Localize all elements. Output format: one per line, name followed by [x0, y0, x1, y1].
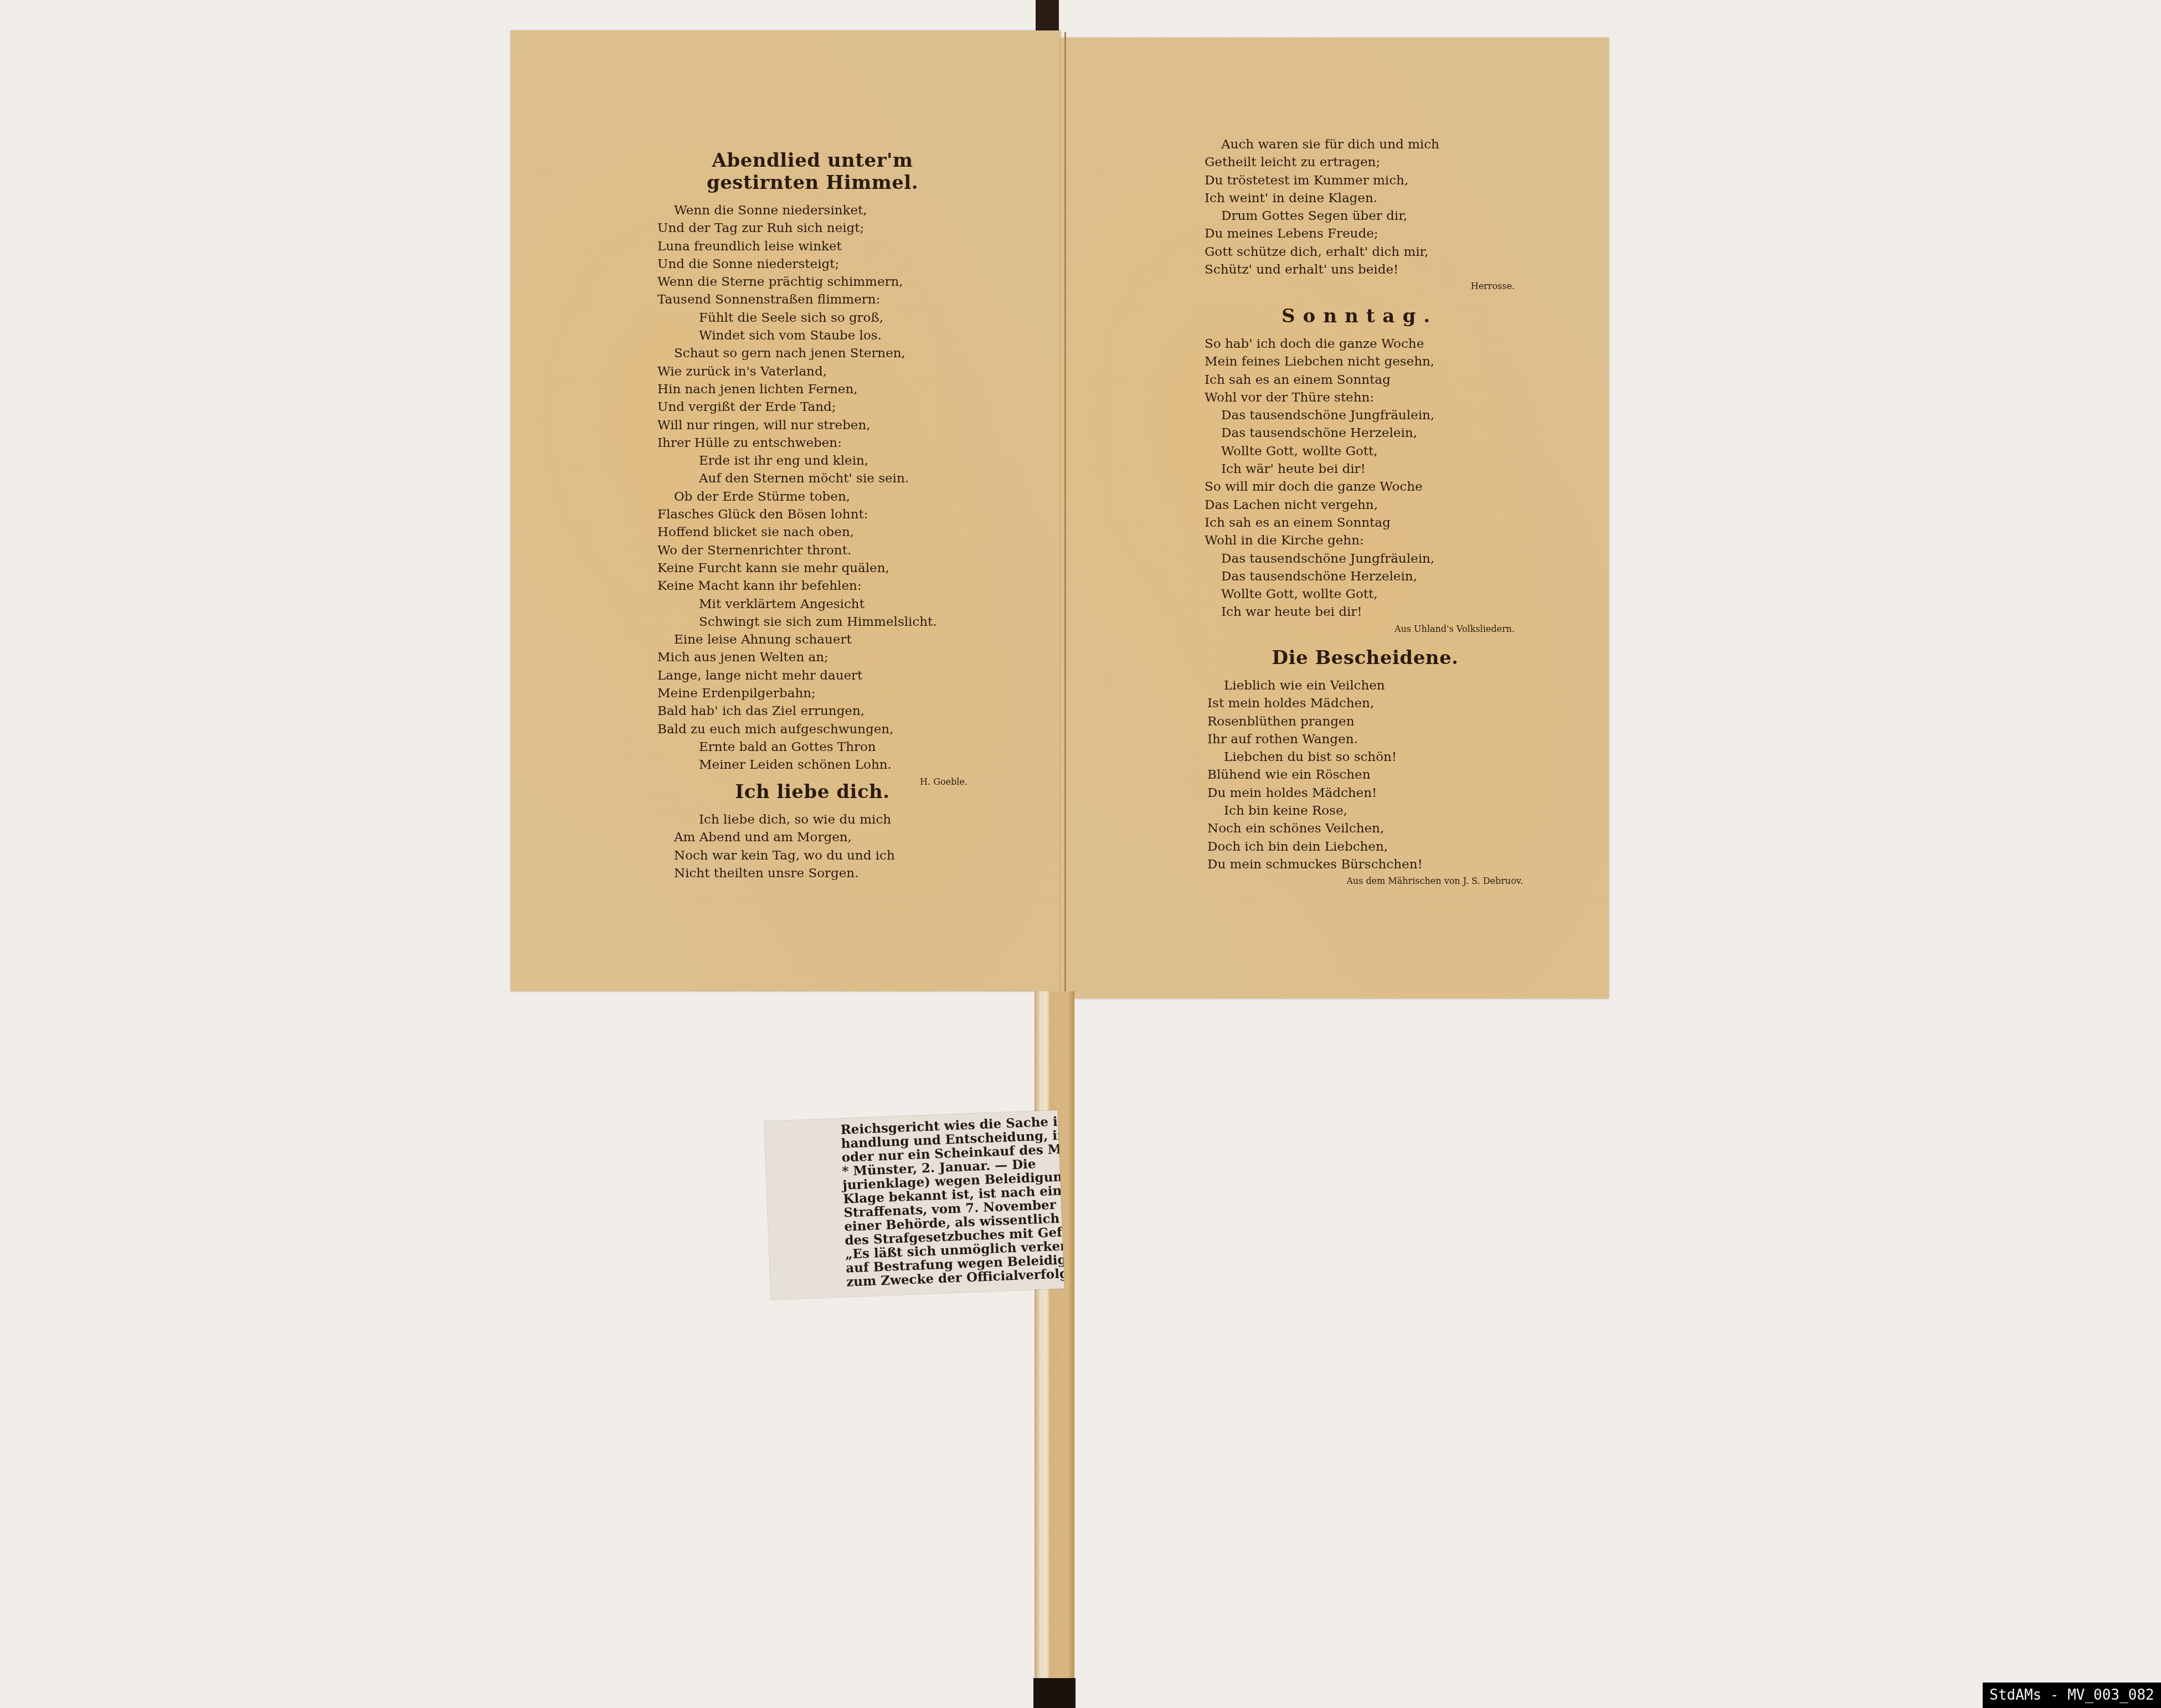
- poem-line: Nicht theilten unsre Sorgen.: [657, 865, 968, 882]
- right-page: Auch waren sie für dich und michGetheilt…: [1061, 38, 1609, 999]
- poem-line: Bald hab' ich das Ziel errungen,: [657, 702, 968, 720]
- poem-line: Lange, lange nicht mehr dauert: [657, 667, 968, 685]
- binding-spine-bottom: [1033, 1678, 1076, 1708]
- poem-line: Wohl in die Kirche gehn:: [1205, 532, 1515, 549]
- poem-lines: Auch waren sie für dich und michGetheilt…: [1205, 136, 1515, 279]
- poem-line: Will nur ringen, will nur streben,: [657, 416, 968, 434]
- poem-line: Keine Macht kann ihr befehlen:: [657, 577, 968, 595]
- poem-author: Herrosse.: [1205, 281, 1515, 291]
- poem-line: Du meines Lebens Freude;: [1205, 225, 1515, 243]
- poem-line: Gott schütze dich, erhalt' dich mir,: [1205, 243, 1515, 261]
- poem-line: Blühend wie ein Röschen: [1207, 766, 1523, 784]
- poem-line: Schütz' und erhalt' uns beide!: [1205, 261, 1515, 279]
- poem-line: Wollte Gott, wollte Gott,: [1205, 443, 1515, 460]
- poem-abendlied: Abendlied unter'm gestirnten Himmel. Wen…: [657, 150, 968, 787]
- poem-line: Drum Gottes Segen über dir,: [1205, 207, 1515, 225]
- poem-line: Wie zurück in's Vaterland,: [657, 363, 968, 380]
- poem-title: Ich liebe dich.: [657, 781, 968, 803]
- poem-line: Lieblich wie ein Veilchen: [1207, 677, 1523, 694]
- clipping-text: Reichsgericht wies die Sache in diehandl…: [840, 1113, 1064, 1289]
- scan-reference-label: StdAMs - MV_003_082: [1983, 1683, 2161, 1708]
- poem-line: Das Lachen nicht vergehn,: [1205, 496, 1515, 514]
- poem-lines: Ich liebe dich, so wie du michAm Abend u…: [657, 811, 968, 882]
- poem-line: Und die Sonne niedersteigt;: [657, 255, 968, 273]
- poem-ich-liebe-dich: Ich liebe dich. Ich liebe dich, so wie d…: [657, 781, 968, 882]
- poem-line: Ich sah es an einem Sonntag: [1205, 514, 1515, 532]
- poem-line: Am Abend und am Morgen,: [657, 829, 968, 846]
- poem-author: Aus Uhland's Volksliedern.: [1205, 624, 1515, 634]
- poem-line: Ihrer Hülle zu entschweben:: [657, 434, 968, 452]
- poem-line: Erde ist ihr eng und klein,: [657, 452, 968, 470]
- poem-line: Wohl vor der Thüre stehn:: [1205, 389, 1515, 407]
- poem-line: Wo der Sternenrichter thront.: [657, 542, 968, 559]
- poem-line: Bald zu euch mich aufgeschwungen,: [657, 721, 968, 738]
- poem-line: Ich wär' heute bei dir!: [1205, 460, 1515, 478]
- poem-lines: Lieblich wie ein VeilchenIst mein holdes…: [1207, 677, 1523, 873]
- poem-line: Meiner Leiden schönen Lohn.: [657, 756, 968, 774]
- poem-line: Das tausendschöne Herzelein,: [1205, 424, 1515, 442]
- poem-line: Luna freundlich leise winket: [657, 238, 968, 255]
- poem-line: Flasches Glück den Bösen lohnt:: [657, 506, 968, 523]
- poem-title: Die Bescheidene.: [1207, 647, 1523, 669]
- poem-die-bescheidene: Die Bescheidene. Lieblich wie ein Veilch…: [1207, 647, 1523, 886]
- poem-title: Sonntag.: [1205, 305, 1515, 327]
- poem-line: Auch waren sie für dich und mich: [1205, 136, 1515, 153]
- poem-line: Auf den Sternen möcht' sie sein.: [657, 470, 968, 487]
- poem-line: Doch ich bin dein Liebchen,: [1207, 838, 1523, 856]
- poem-line: Noch ein schönes Veilchen,: [1207, 820, 1523, 837]
- poem-line: Das tausendschöne Jungfräulein,: [1205, 407, 1515, 424]
- poem-line: Windet sich vom Staube los.: [657, 327, 968, 344]
- poem-line: Hoffend blicket sie nach oben,: [657, 523, 968, 541]
- poem-line: Das tausendschöne Herzelein,: [1205, 568, 1515, 585]
- poem-line: Ich bin keine Rose,: [1207, 802, 1523, 820]
- poem-line: Ob der Erde Stürme toben,: [657, 488, 968, 506]
- poem-title: Abendlied unter'm gestirnten Himmel.: [657, 150, 968, 194]
- poem-line: Eine leise Ahnung schauert: [657, 631, 968, 649]
- poem-line: Wenn die Sonne niedersinket,: [657, 202, 968, 219]
- poem-line: Ich liebe dich, so wie du mich: [657, 811, 968, 829]
- poem-line: Noch war kein Tag, wo du und ich: [657, 847, 968, 865]
- poem-line: Fühlt die Seele sich so groß,: [657, 309, 968, 327]
- newspaper-clipping: Reichsgericht wies die Sache in diehandl…: [764, 1110, 1064, 1300]
- poem-line: Das tausendschöne Jungfräulein,: [1205, 550, 1515, 568]
- poem-line: Und vergißt der Erde Tand;: [657, 398, 968, 416]
- poem-line: So hab' ich doch die ganze Woche: [1205, 335, 1515, 353]
- poem-line: Schwingt sie sich zum Himmelslicht.: [657, 613, 968, 631]
- page-fold: [1064, 32, 1066, 993]
- poem-line: Mich aus jenen Welten an;: [657, 649, 968, 666]
- poem-line: Hin nach jenen lichten Fernen,: [657, 380, 968, 398]
- poem-line: Und der Tag zur Ruh sich neigt;: [657, 219, 968, 237]
- poem-lines: Wenn die Sonne niedersinket,Und der Tag …: [657, 202, 968, 774]
- poem-line: Ist mein holdes Mädchen,: [1207, 694, 1523, 712]
- poem-lines: So hab' ich doch die ganze WocheMein fei…: [1205, 335, 1515, 621]
- poem-line: Ich sah es an einem Sonntag: [1205, 371, 1515, 389]
- poem-line: Ich weint' in deine Klagen.: [1205, 189, 1515, 207]
- poem-line: Ihr auf rothen Wangen.: [1207, 730, 1523, 748]
- poem-line: So will mir doch die ganze Woche: [1205, 478, 1515, 496]
- poem-line: Mein feines Liebchen nicht gesehn,: [1205, 353, 1515, 371]
- poem-line: Liebchen du bist so schön!: [1207, 748, 1523, 766]
- left-page: Abendlied unter'm gestirnten Himmel. Wen…: [511, 30, 1061, 991]
- poem-line: Du mein holdes Mädchen!: [1207, 784, 1523, 802]
- poem-line: Tausend Sonnenstraßen flimmern:: [657, 291, 968, 308]
- poem-line: Getheilt leicht zu ertragen;: [1205, 153, 1515, 171]
- poem-line: Ernte bald an Gottes Thron: [657, 738, 968, 756]
- poem-line: Du tröstetest im Kummer mich,: [1205, 172, 1515, 189]
- poem-author: Aus dem Mährischen von J. S. Debruov.: [1207, 876, 1523, 886]
- binding-strip: [1035, 991, 1074, 1678]
- poem-line: Meine Erdenpilgerbahn;: [657, 685, 968, 702]
- poem-line: Wollte Gott, wollte Gott,: [1205, 585, 1515, 603]
- poem-line: Keine Furcht kann sie mehr quälen,: [657, 559, 968, 577]
- poem-sonntag: Sonntag. So hab' ich doch die ganze Woch…: [1205, 305, 1515, 634]
- poem-line: Schaut so gern nach jenen Sternen,: [657, 344, 968, 362]
- poem-continuation: Auch waren sie für dich und michGetheilt…: [1205, 136, 1515, 291]
- poem-line: Mit verklärtem Angesicht: [657, 595, 968, 613]
- poem-line: Ich war heute bei dir!: [1205, 603, 1515, 621]
- poem-line: Du mein schmuckes Bürschchen!: [1207, 856, 1523, 873]
- poem-line: Rosenblüthen prangen: [1207, 713, 1523, 730]
- poem-line: Wenn die Sterne prächtig schimmern,: [657, 273, 968, 291]
